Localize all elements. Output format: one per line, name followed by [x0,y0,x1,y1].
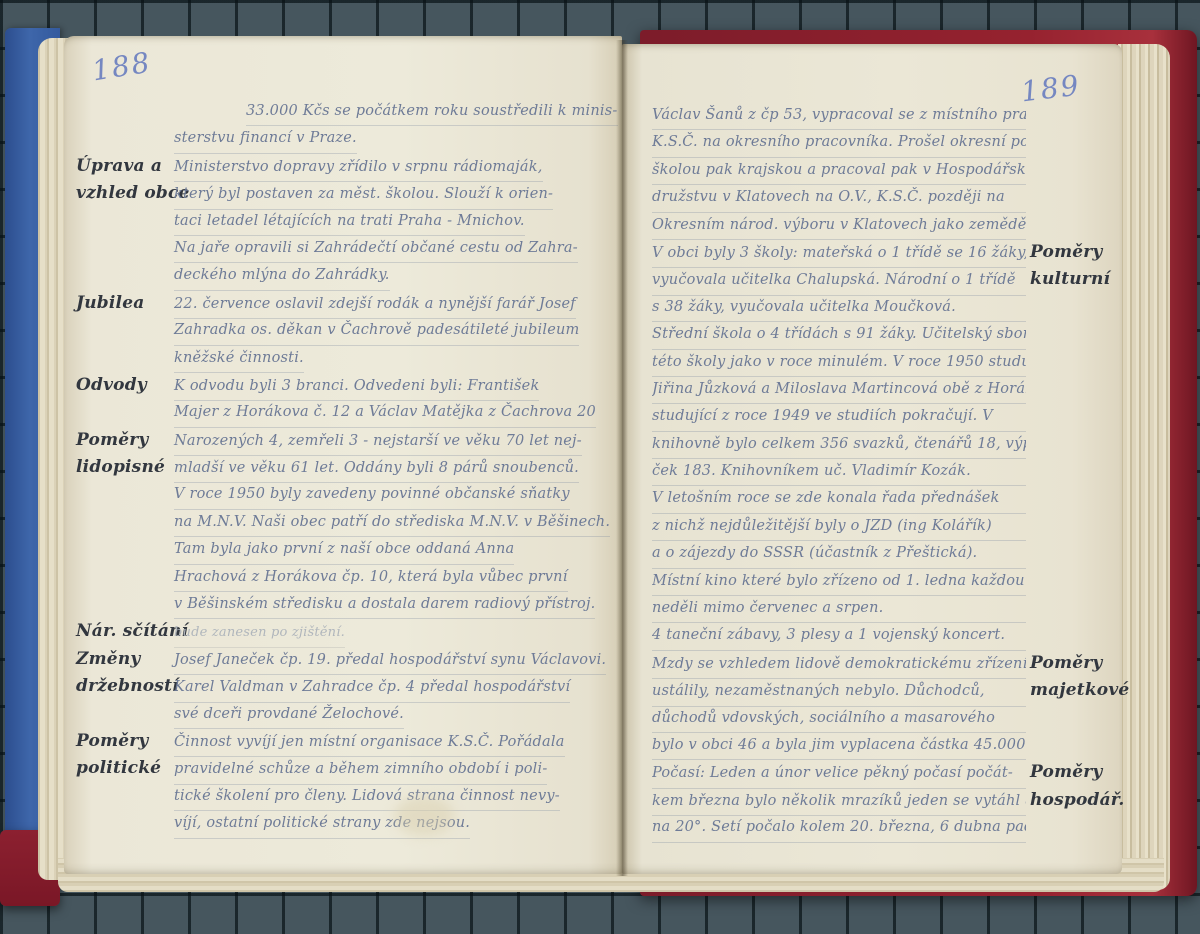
margin-heading: kulturní [1030,266,1120,293]
handwriting-text: 22. července oslavil zdejší rodák a nyně… [174,291,576,319]
handwriting-text: V letošním roce se zde konala řada předn… [652,485,1026,513]
handwriting-text: Majer z Horákova č. 12 a Václav Matějka … [174,399,596,427]
margin-heading: hospodář. [1030,787,1120,814]
chronicle-page-189: 189 Václav Šanů z čp 53, vypracoval se z… [622,44,1122,874]
handwriting-text: bylo v obci 46 a byla jim vyplacena část… [652,732,1026,760]
handwriting-line: Jubilea22. července oslavil zdejší rodák… [76,290,612,317]
handwriting-line: Místní kino které bylo zřízeno od 1. led… [652,568,1120,595]
handwriting-text: Hrachová z Horákova čp. 10, která byla v… [174,564,568,592]
handwriting-line: tické školení pro členy. Lidová strana č… [76,783,612,810]
handwriting-text: Okresním národ. výboru v Klatovech jako … [652,212,1026,240]
handwriting-line: a o zájezdy do SSSR (účastník z Přeštick… [652,540,1120,567]
handwriting-text: důchodů vdovských, sociálního a masarové… [652,705,1026,733]
handwriting-text: ustálily, nezaměstnaných nebylo. Důchodc… [652,678,1026,706]
handwriting-text: na M.N.V. Naši obec patří do střediska M… [174,509,610,537]
handwriting-line: Mzdy se vzhledem lidově demokratickému z… [652,650,1120,677]
handwriting-line: vzhled obcekterý byl postaven za měst. š… [76,180,612,207]
handwriting-text: knihovně bylo celkem 356 svazků, čtenářů… [652,431,1026,459]
handwriting-line: neděli mimo červenec a srpen. [652,595,1120,622]
handwriting-line: této školy jako v roce minulém. V roce 1… [652,349,1120,376]
handwriting-text: V roce 1950 byly zavedeny povinné občans… [174,481,570,509]
handwriting-text: školou pak krajskou a pracoval pak v Hos… [652,157,1026,185]
handwriting-text: pravidelné schůze a během zimního období… [174,756,547,784]
handwriting-text: družstvu v Klatovech na O.V., K.S.Č. poz… [652,184,1026,212]
handwriting-line: sterstvu financí v Praze. [76,125,612,152]
margin-heading: Změny [76,646,174,673]
handwriting-line: 33.000 Kčs se počátkem roku soustředili … [76,98,612,125]
handwriting-line: Majer z Horákova č. 12 a Václav Matějka … [76,399,612,426]
handwriting-line: PoměryČinnost vyvíjí jen místní organisa… [76,728,612,755]
handwriting-text: na 20°. Setí počalo kolem 20. března, 6 … [652,814,1026,842]
handwriting-text: Činnost vyvíjí jen místní organisace K.S… [174,729,565,757]
page-number-left: 188 [90,46,154,88]
handwriting-text: 4 taneční zábavy, 3 plesy a 1 vojenský k… [652,622,1026,650]
paper-stain [394,796,454,836]
margin-heading: Odvody [76,372,174,399]
page-edges-right [1118,44,1170,890]
margin-heading: majetkové [1030,677,1120,704]
handwriting-line: Zahradka os. děkan v Čachrově padesátile… [76,317,612,344]
margin-heading: politické [76,755,174,782]
handwriting-line: vyučovala učitelka Chalupská. Národní o … [652,266,1120,293]
handwriting-line: PoměryNarozených 4, zemřeli 3 - nejstarš… [76,427,612,454]
handwriting-text: 33.000 Kčs se počátkem roku soustředili … [246,98,618,126]
handwriting-line: V roce 1950 byly zavedeny povinné občans… [76,481,612,508]
handwriting-text: této školy jako v roce minulém. V roce 1… [652,349,1026,377]
handwriting-text: Ministerstvo dopravy zřídilo v srpnu rád… [174,154,543,182]
handwriting-line: Hrachová z Horákova čp. 10, která byla v… [76,564,612,591]
margin-heading: lidopisné [76,454,174,481]
handwriting-line: družstvu v Klatovech na O.V., K.S.Č. poz… [652,184,1120,211]
handwriting-line: školou pak krajskou a pracoval pak v Hos… [652,157,1120,184]
margin-heading: držebností [76,673,174,700]
margin-heading: Poměry [1030,759,1120,786]
margin-heading: Poměry [76,427,174,454]
handwriting-line: K.S.Č. na okresního pracovníka. Prošel o… [652,129,1120,156]
handwriting-text: mladší ve věku 61 let. Oddány byli 8 pár… [174,455,579,483]
handwriting-line: kem března bylo několik mrazíků jeden se… [652,787,1120,814]
handwriting-text: vyučovala učitelka Chalupská. Národní o … [652,267,1026,295]
handwriting-text: kněžské činnosti. [174,345,304,373]
handwriting-line: v Běšinském středisku a dostala darem ra… [76,591,612,618]
handwriting-line: Úprava aMinisterstvo dopravy zřídilo v s… [76,153,612,180]
handwriting-line: Václav Šanů z čp 53, vypracoval se z mís… [652,102,1120,129]
margin-heading: Jubilea [76,290,174,317]
handwriting-text: K odvodu byli 3 branci. Odvedeni byli: F… [174,373,539,401]
handwriting-line: Nár. sčítáníbude zanesen po zjištění. [76,618,612,645]
margin-heading: vzhled obce [76,180,174,207]
handwriting-line: knihovně bylo celkem 356 svazků, čtenářů… [652,431,1120,458]
handwritten-text-block-left: 33.000 Kčs se počátkem roku soustředili … [64,98,622,838]
handwriting-line: Střední škola o 4 třídách s 91 žáky. Uči… [652,321,1120,348]
margin-heading: Nár. sčítání [76,618,174,645]
handwriting-line: ček 183. Knihovníkem uč. Vladimír Kozák. [652,458,1120,485]
handwriting-text: který byl postaven za měst. školou. Slou… [174,181,553,209]
handwriting-line: z nichž nejdůležitější byly o JZD (ing K… [652,513,1120,540]
handwriting-line: politicképravidelné schůze a během zimní… [76,755,612,782]
margin-heading: Poměry [1030,239,1120,266]
margin-heading: Poměry [76,728,174,755]
handwriting-line: s 38 žáky, vyučovala učitelka Moučková. [652,294,1120,321]
handwriting-line: Jiřina Jůzková a Miloslava Martincová ob… [652,376,1120,403]
handwriting-line: Na jaře opravili si Zahrádečtí občané ce… [76,235,612,262]
chronicle-page-188: 188 33.000 Kčs se počátkem roku soustřed… [64,36,622,874]
handwriting-line: své dceři provdané Želochové. [76,701,612,728]
handwriting-text: a o zájezdy do SSSR (účastník z Přeštick… [652,540,1026,568]
handwriting-line: ustálily, nezaměstnaných nebylo. Důchodc… [652,677,1120,704]
handwriting-text: studující z roce 1949 ve studiích pokrač… [652,403,1026,431]
handwriting-line: Okresním národ. výboru v Klatovech jako … [652,212,1120,239]
handwriting-text: Narozených 4, zemřeli 3 - nejstarší ve v… [174,428,582,456]
handwriting-text: V obci byly 3 školy: mateřská o 1 třídě … [652,240,1026,268]
handwriting-text: s 38 žáky, vyučovala učitelka Moučková. [652,294,1026,322]
handwriting-line: na 20°. Setí počalo kolem 20. března, 6 … [652,814,1120,841]
handwriting-text: v Běšinském středisku a dostala darem ra… [174,591,595,619]
handwriting-text: neděli mimo červenec a srpen. [652,595,1026,623]
book-gutter [616,40,628,876]
handwriting-line: kněžské činnosti. [76,345,612,372]
handwriting-line: víjí, ostatní politické strany zde nejso… [76,810,612,837]
handwriting-text: tické školení pro členy. Lidová strana č… [174,783,560,811]
handwriting-text: K.S.Č. na okresního pracovníka. Prošel o… [652,129,1026,157]
handwriting-line: studující z roce 1949 ve studiích pokrač… [652,403,1120,430]
pencil-note: bude zanesen po zjištění. [174,619,345,647]
margin-heading: Úprava a [76,153,174,180]
handwriting-text: kem března bylo několik mrazíků jeden se… [652,788,1026,816]
handwriting-text: Mzdy se vzhledem lidově demokratickému z… [652,651,1026,679]
handwriting-text: z nichž nejdůležitější byly o JZD (ing K… [652,513,1026,541]
handwriting-text: Jiřina Jůzková a Miloslava Martincová ob… [652,376,1026,404]
handwriting-line: OdvodyK odvodu byli 3 branci. Odvedeni b… [76,372,612,399]
handwriting-line: Počasí: Leden a únor velice pěkný počasí… [652,759,1120,786]
handwriting-text: Střední škola o 4 třídách s 91 žáky. Uči… [652,321,1026,349]
handwriting-text: taci letadel létajících na trati Praha -… [174,208,525,236]
handwriting-text: ček 183. Knihovníkem uč. Vladimír Kozák. [652,458,1026,486]
handwriting-text: Josef Janeček čp. 19. předal hospodářstv… [174,647,606,675]
handwriting-line: lidopisnémladší ve věku 61 let. Oddány b… [76,454,612,481]
handwriting-line: 4 taneční zábavy, 3 plesy a 1 vojenský k… [652,622,1120,649]
handwriting-text: Zahradka os. děkan v Čachrově padesátile… [174,317,579,345]
handwriting-line: důchodů vdovských, sociálního a masarové… [652,705,1120,732]
handwriting-line: deckého mlýna do Zahrádky. [76,262,612,289]
handwriting-text: Václav Šanů z čp 53, vypracoval se z mís… [652,102,1026,130]
handwriting-text: Tam byla jako první z naší obce oddaná A… [174,536,514,564]
handwriting-text: deckého mlýna do Zahrádky. [174,262,390,290]
handwriting-line: V obci byly 3 školy: mateřská o 1 třídě … [652,239,1120,266]
handwriting-text: Místní kino které bylo zřízeno od 1. led… [652,568,1026,596]
handwriting-line: na M.N.V. Naši obec patří do střediska M… [76,509,612,536]
handwriting-line: bylo v obci 46 a byla jim vyplacena část… [652,732,1120,759]
handwriting-text: sterstvu financí v Praze. [174,125,357,153]
handwriting-text: své dceři provdané Želochové. [174,701,404,729]
handwriting-line: taci letadel létajících na trati Praha -… [76,208,612,235]
handwriting-line: ZměnyJosef Janeček čp. 19. předal hospod… [76,646,612,673]
handwriting-line: držebnostíKarel Valdman v Zahradce čp. 4… [76,673,612,700]
margin-heading: Poměry [1030,650,1120,677]
handwriting-line: V letošním roce se zde konala řada předn… [652,485,1120,512]
handwriting-text: Karel Valdman v Zahradce čp. 4 předal ho… [174,674,570,702]
handwritten-text-block-right: Václav Šanů z čp 53, vypracoval se z mís… [622,102,1122,842]
handwriting-text: Na jaře opravili si Zahrádečtí občané ce… [174,235,578,263]
handwriting-text: Počasí: Leden a únor velice pěkný počasí… [652,760,1026,788]
handwriting-line: Tam byla jako první z naší obce oddaná A… [76,536,612,563]
